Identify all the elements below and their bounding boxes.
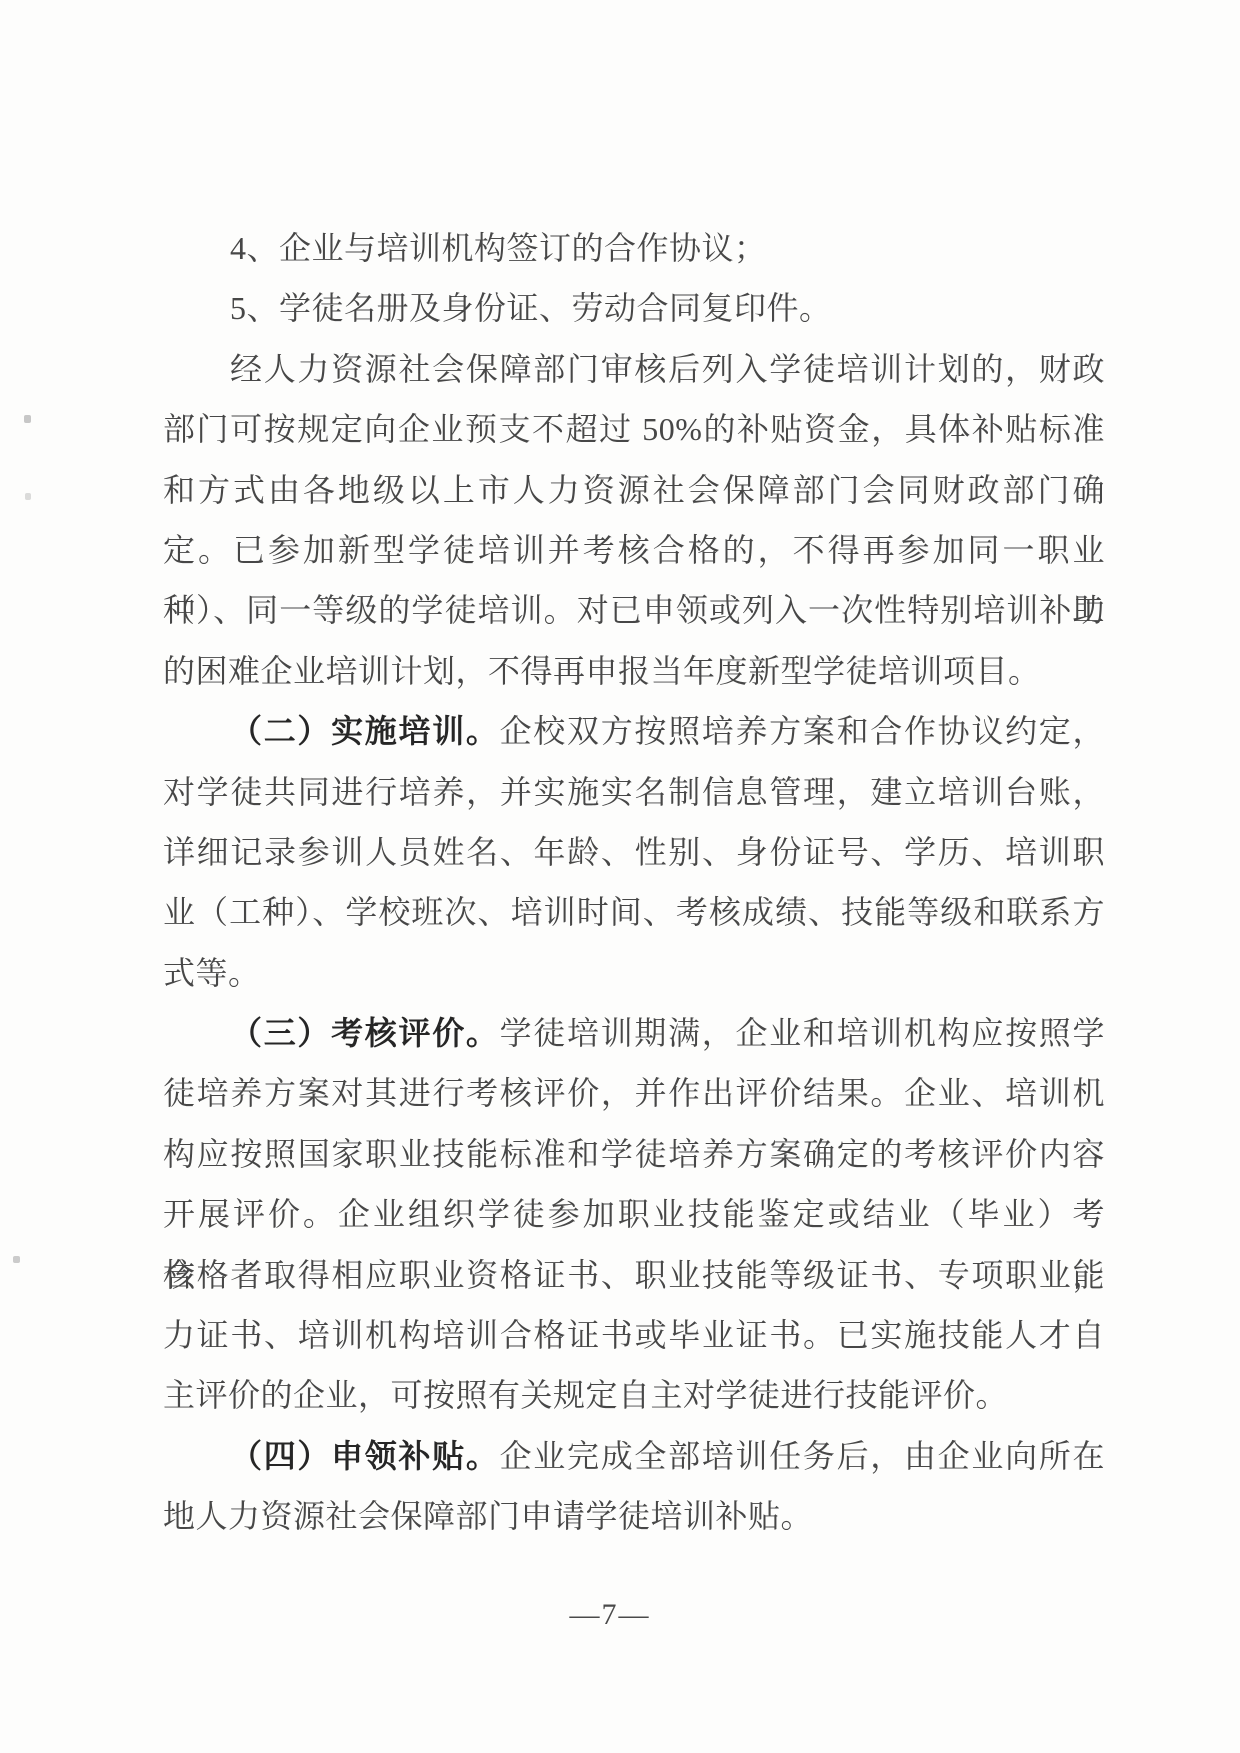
text-line: （四）申领补贴。企业完成全部培训任务后，由企业向所在 xyxy=(163,1426,1105,1486)
text-line: 5、学徒名册及身份证、劳动合同复印件。 xyxy=(163,278,1105,338)
text-block: 4、企业与培训机构签订的合作协议；5、学徒名册及身份证、劳动合同复印件。经人力资… xyxy=(163,218,1105,1547)
line-text: 的困难企业培训计划，不得再申报当年度新型学徒培训项目。 xyxy=(163,653,1041,689)
text-line: 徒培养方案对其进行考核评价，并作出评价结果。企业、培训机 xyxy=(163,1063,1105,1123)
line-text: 部门可按规定向企业预支不超过 50%的补贴资金，具体补贴标准 xyxy=(163,411,1105,447)
scan-speckle xyxy=(25,493,31,500)
line-text: 5、学徒名册及身份证、劳动合同复印件。 xyxy=(230,290,832,326)
text-line: 对学徒共同进行培养，并实施实名制信息管理，建立培训台账， xyxy=(163,762,1105,822)
line-text: 对学徒共同进行培养，并实施实名制信息管理，建立培训台账， xyxy=(163,774,1105,810)
text-line: 开展评价。企业组织学徒参加职业技能鉴定或结业（毕业）考核， xyxy=(163,1184,1105,1244)
section-heading: （四）申领补贴。 xyxy=(230,1438,500,1474)
document-page: 4、企业与培训机构签订的合作协议；5、学徒名册及身份证、劳动合同复印件。经人力资… xyxy=(0,0,1240,1753)
section-heading: （三）考核评价。 xyxy=(230,1015,500,1051)
line-text: 合格者取得相应职业资格证书、职业技能等级证书、专项职业能 xyxy=(163,1257,1105,1293)
line-text: 详细记录参训人员姓名、年龄、性别、身份证号、学历、培训职 xyxy=(163,834,1105,870)
line-text: 企业完成全部培训任务后，由企业向所在 xyxy=(500,1438,1105,1474)
text-line: 部门可按规定向企业预支不超过 50%的补贴资金，具体补贴标准 xyxy=(163,399,1105,459)
scan-speckle xyxy=(13,1256,20,1263)
line-text: 经人力资源社会保障部门审核后列入学徒培训计划的，财政 xyxy=(230,351,1105,387)
line-text: 4、企业与培训机构签订的合作协议； xyxy=(230,230,767,266)
section-heading: （二）实施培训。 xyxy=(230,713,500,749)
text-line: 的困难企业培训计划，不得再申报当年度新型学徒培训项目。 xyxy=(163,641,1105,701)
line-text: 和方式由各地级以上市人力资源社会保障部门会同财政部门确 xyxy=(163,472,1105,508)
line-text: 力证书、培训机构培训合格证书或毕业证书。已实施技能人才自 xyxy=(163,1317,1105,1353)
text-line: 和方式由各地级以上市人力资源社会保障部门会同财政部门确 xyxy=(163,460,1105,520)
text-line: （二）实施培训。企校双方按照培养方案和合作协议约定， xyxy=(163,701,1105,761)
text-line: 详细记录参训人员姓名、年龄、性别、身份证号、学历、培训职 xyxy=(163,822,1105,882)
text-line: 力证书、培训机构培训合格证书或毕业证书。已实施技能人才自 xyxy=(163,1305,1105,1365)
text-line: 构应按照国家职业技能标准和学徒培养方案确定的考核评价内容 xyxy=(163,1124,1105,1184)
text-line: 主评价的企业，可按照有关规定自主对学徒进行技能评价。 xyxy=(163,1365,1105,1425)
line-text: 业（工种）、学校班次、培训时间、考核成绩、技能等级和联系方 xyxy=(163,894,1105,930)
scan-speckle xyxy=(24,415,31,423)
text-line: 地人力资源社会保障部门申请学徒培训补贴。 xyxy=(163,1486,1105,1546)
line-text: 式等。 xyxy=(163,955,261,991)
text-line: 合格者取得相应职业资格证书、职业技能等级证书、专项职业能 xyxy=(163,1245,1105,1305)
text-line: 式等。 xyxy=(163,943,1105,1003)
page-number: —7— xyxy=(0,1598,1230,1632)
line-text: 构应按照国家职业技能标准和学徒培养方案确定的考核评价内容 xyxy=(163,1136,1105,1172)
text-line: 种）、同一等级的学徒培训。对已申领或列入一次性特别培训补助 xyxy=(163,580,1105,640)
text-line: 4、企业与培训机构签订的合作协议； xyxy=(163,218,1105,278)
line-text: 徒培养方案对其进行考核评价，并作出评价结果。企业、培训机 xyxy=(163,1075,1105,1111)
text-line: （三）考核评价。学徒培训期满，企业和培训机构应按照学 xyxy=(163,1003,1105,1063)
line-text: 地人力资源社会保障部门申请学徒培训补贴。 xyxy=(163,1498,813,1534)
text-line: 经人力资源社会保障部门审核后列入学徒培训计划的，财政 xyxy=(163,339,1105,399)
line-text: 主评价的企业，可按照有关规定自主对学徒进行技能评价。 xyxy=(163,1377,1008,1413)
text-line: 业（工种）、学校班次、培训时间、考核成绩、技能等级和联系方 xyxy=(163,882,1105,942)
text-line: 定。已参加新型学徒培训并考核合格的，不得再参加同一职业（工 xyxy=(163,520,1105,580)
line-text: 学徒培训期满，企业和培训机构应按照学 xyxy=(500,1015,1105,1051)
line-text: 种）、同一等级的学徒培训。对已申领或列入一次性特别培训补助 xyxy=(163,592,1105,628)
line-text: 企校双方按照培养方案和合作协议约定， xyxy=(500,713,1105,749)
